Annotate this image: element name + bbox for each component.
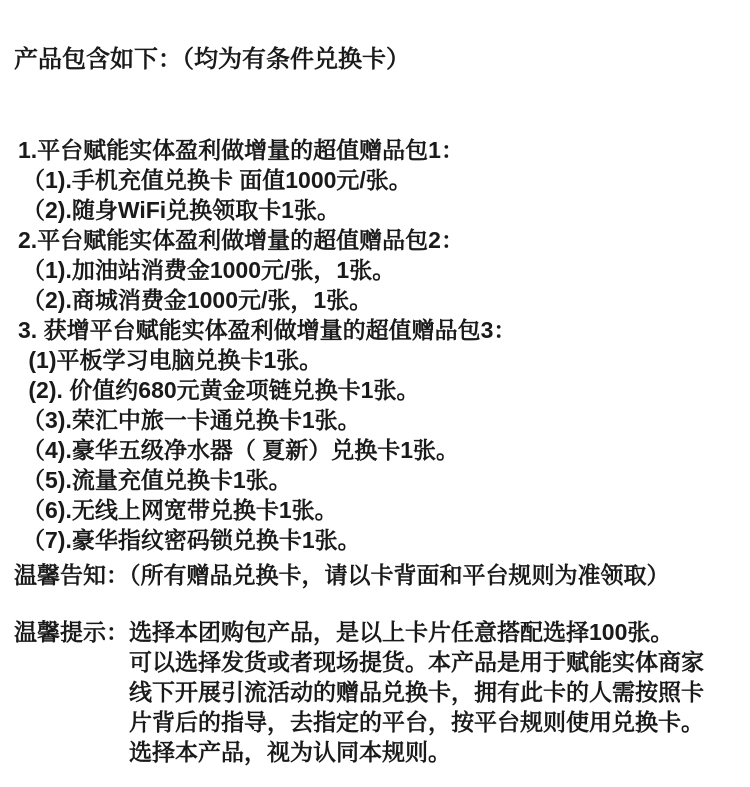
page-title: 产品包含如下：（均为有条件兑换卡） (14, 45, 736, 75)
tips-line-5: 选择本产品，视为认同本规则。 (129, 737, 736, 767)
package-2-heading: 2.平台赋能实体盈利做增量的超值赠品包2： (18, 225, 736, 255)
package-3-item-3: （3).荣汇中旅一卡通兑换卡1张。 (18, 405, 736, 435)
package-1-item-2: （2).随身WiFi兑换领取卡1张。 (18, 195, 736, 225)
package-1-item-1: （1).手机充值兑换卡 面值1000元/张。 (18, 165, 736, 195)
package-2-item-1: （1).加油站消费金1000元/张，1张。 (18, 255, 736, 285)
package-3-item-2: (2). 价值约680元黄金项链兑换卡1张。 (18, 375, 736, 405)
tips-line-1: 选择本团购包产品，是以上卡片任意搭配选择100张。 (129, 617, 736, 647)
product-description-page: 产品包含如下：（均为有条件兑换卡） 1.平台赋能实体盈利做增量的超值赠品包1： … (0, 0, 750, 787)
tips-block: 温馨提示： 选择本团购包产品，是以上卡片任意搭配选择100张。 可以选择发货或者… (14, 617, 736, 767)
tips-content: 选择本团购包产品，是以上卡片任意搭配选择100张。 可以选择发货或者现场提货。本… (129, 617, 736, 767)
package-3-item-5: （5).流量充值兑换卡1张。 (18, 465, 736, 495)
package-2-item-2: （2).商城消费金1000元/张，1张。 (18, 285, 736, 315)
notice-label: 温馨告知： (14, 562, 129, 588)
package-3-heading: 3. 获增平台赋能实体盈利做增量的超值赠品包3： (18, 315, 736, 345)
package-3-item-6: （6).无线上网宽带兑换卡1张。 (18, 495, 736, 525)
tips-label: 温馨提示： (14, 617, 129, 647)
tips-line-3: 线下开展引流活动的赠品兑换卡，拥有此卡的人需按照卡 (129, 677, 736, 707)
tips-line-2: 可以选择发货或者现场提货。本产品是用于赋能实体商家 (129, 647, 736, 677)
package-3-item-1: (1)平板学习电脑兑换卡1张。 (18, 345, 736, 375)
notice-line: 温馨告知：（所有赠品兑换卡，请以卡背面和平台规则为准领取） (14, 560, 736, 590)
package-3-item-7: （7).豪华指纹密码锁兑换卡1张。 (18, 525, 736, 555)
tips-line-4: 片背后的指导，去指定的平台，按平台规则使用兑换卡。 (129, 707, 736, 737)
package-list: 1.平台赋能实体盈利做增量的超值赠品包1： （1).手机充值兑换卡 面值1000… (14, 135, 736, 555)
package-3-item-4: （4).豪华五级净水器（ 夏新）兑换卡1张。 (18, 435, 736, 465)
package-1-heading: 1.平台赋能实体盈利做增量的超值赠品包1： (18, 135, 736, 165)
notice-text: （所有赠品兑换卡，请以卡背面和平台规则为准领取） (129, 562, 670, 588)
